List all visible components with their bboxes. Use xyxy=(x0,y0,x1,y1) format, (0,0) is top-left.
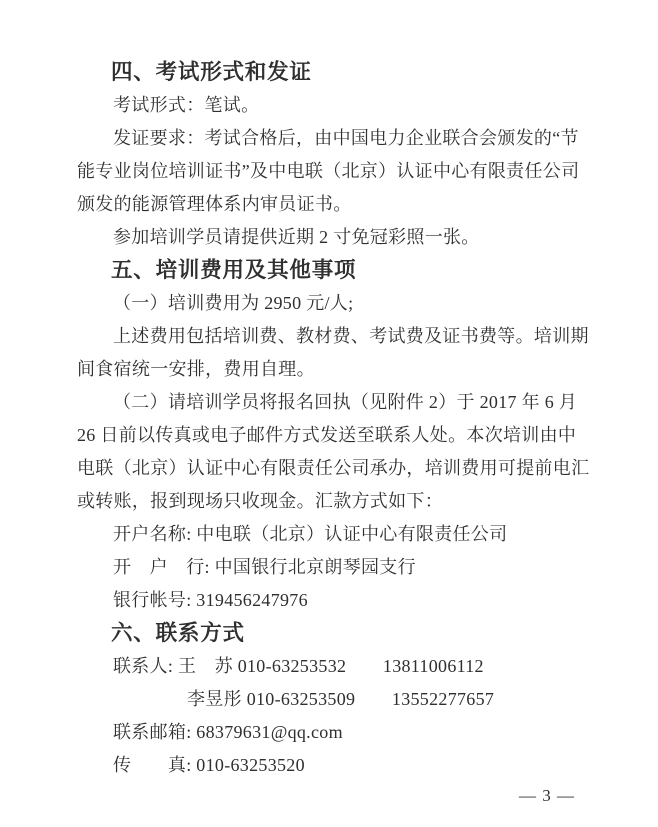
document-body: 四、考试形式和发证 考试形式：笔试。 发证要求：考试合格后，由中国电力企业联合会… xyxy=(77,56,597,782)
line-registration-4: 或转账，报到现场只收现金。汇款方式如下： xyxy=(77,485,597,518)
line-cert-requirement-2: 能专业岗位培训证书”及中电联（北京）认证中心有限责任公司 xyxy=(77,155,597,188)
line-contact-person-1: 联系人: 王 苏 010-63253532 13811006112 xyxy=(77,650,597,683)
line-fee-amount: （一）培训费用为 2950 元/人; xyxy=(77,287,597,320)
line-contact-fax: 传 真: 010-63253520 xyxy=(77,749,597,782)
line-fee-includes-2: 间食宿统一安排，费用自理。 xyxy=(77,353,597,386)
line-exam-format: 考试形式：笔试。 xyxy=(77,89,597,122)
section-heading-fees: 五、培训费用及其他事项 xyxy=(77,254,597,287)
section-exam-certification: 四、考试形式和发证 考试形式：笔试。 发证要求：考试合格后，由中国电力企业联合会… xyxy=(77,56,597,254)
line-cert-requirement-3: 颁发的能源管理体系内审员证书。 xyxy=(77,188,597,221)
section-heading-exam: 四、考试形式和发证 xyxy=(77,56,597,89)
document-page: 四、考试形式和发证 考试形式：笔试。 发证要求：考试合格后，由中国电力企业联合会… xyxy=(0,0,658,827)
line-fee-includes-1: 上述费用包括培训费、教材费、考试费及证书费等。培训期 xyxy=(77,320,597,353)
line-account-name: 开户名称: 中电联（北京）认证中心有限责任公司 xyxy=(77,518,597,551)
line-registration-2: 26 日前以传真或电子邮件方式发送至联系人处。本次培训由中 xyxy=(77,419,597,452)
line-bank-account: 银行帐号: 319456247976 xyxy=(77,584,597,617)
section-fees: 五、培训费用及其他事项 （一）培训费用为 2950 元/人; 上述费用包括培训费… xyxy=(77,254,597,617)
line-cert-requirement-1: 发证要求：考试合格后，由中国电力企业联合会颁发的“节 xyxy=(77,122,597,155)
section-contact: 六、联系方式 联系人: 王 苏 010-63253532 13811006112… xyxy=(77,617,597,782)
line-registration-1: （二）请培训学员将报名回执（见附件 2）于 2017 年 6 月 xyxy=(77,386,597,419)
section-heading-contact: 六、联系方式 xyxy=(77,617,597,650)
line-contact-email: 联系邮箱: 68379631@qq.com xyxy=(77,716,597,749)
line-contact-person-2: 李昱彤 010-63253509 13552277657 xyxy=(77,683,597,716)
page-number: — 3 — xyxy=(519,786,575,806)
line-bank-branch: 开 户 行: 中国银行北京朗琴园支行 xyxy=(77,551,597,584)
line-registration-3: 电联（北京）认证中心有限责任公司承办，培训费用可提前电汇 xyxy=(77,452,597,485)
line-photo-requirement: 参加培训学员请提供近期 2 寸免冠彩照一张。 xyxy=(77,221,597,254)
